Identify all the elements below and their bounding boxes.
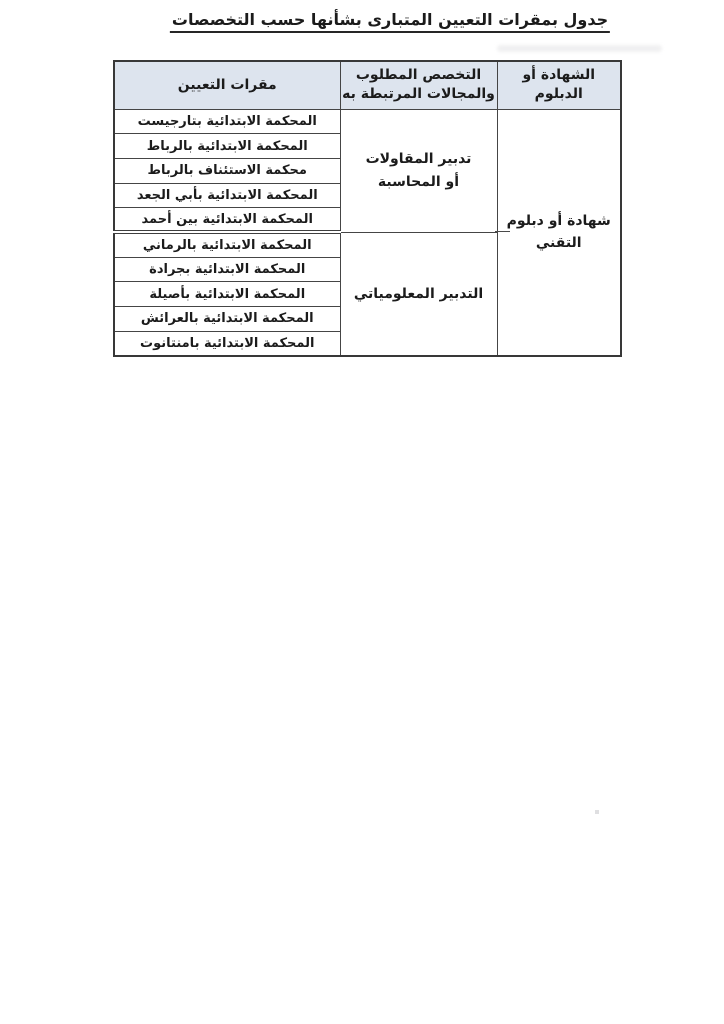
page-title: جدول بمقرات التعيين المتبارى بشأنها حسب … — [170, 10, 610, 33]
scan-artifact-smudge — [497, 45, 662, 52]
location-cell: المحكمة الابتدائية بين أحمد — [114, 208, 340, 233]
scan-artifact-divider-stub — [495, 231, 510, 233]
scan-artifact-speck — [595, 810, 599, 814]
location-cell: المحكمة الابتدائية بامنتانوت — [114, 331, 340, 356]
location-cell: المحكمة الابتدائية بجرادة — [114, 257, 340, 282]
header-certificate: الشهادة أو الدبلوم — [497, 61, 621, 109]
certificate-cell: شهادة أو دبلوم التقني — [497, 109, 621, 356]
assignments-table: الشهادة أو الدبلوم التخصص المطلوب والمجا… — [113, 60, 622, 357]
location-cell: المحكمة الابتدائية بأصيلة — [114, 282, 340, 307]
header-locations: مقرات التعيين — [114, 61, 340, 109]
location-cell: المحكمة الابتدائية بأبي الجعد — [114, 183, 340, 208]
specialization-cell-2: التدبير المعلومياتي — [340, 232, 497, 355]
location-cell: محكمة الاستئناف بالرباط — [114, 158, 340, 183]
header-specialization: التخصص المطلوب والمجالات المرتبطة به — [340, 61, 497, 109]
assignments-table-wrapper: الشهادة أو الدبلوم التخصص المطلوب والمجا… — [115, 60, 622, 357]
location-cell: المحكمة الابتدائية بالرباط — [114, 134, 340, 159]
specialization-cell-1: تدبير المقاولات أو المحاسبة — [340, 109, 497, 232]
document-page: { "title": "جدول بمقرات التعيين المتبارى… — [0, 0, 724, 1024]
location-cell: المحكمة الابتدائية بالعرائش — [114, 307, 340, 332]
location-cell: المحكمة الابتدائية بالرماني — [114, 232, 340, 257]
location-cell: المحكمة الابتدائية بتارجيست — [114, 109, 340, 134]
header-row: الشهادة أو الدبلوم التخصص المطلوب والمجا… — [114, 61, 621, 109]
table-row: شهادة أو دبلوم التقني تدبير المقاولات أو… — [114, 109, 621, 134]
